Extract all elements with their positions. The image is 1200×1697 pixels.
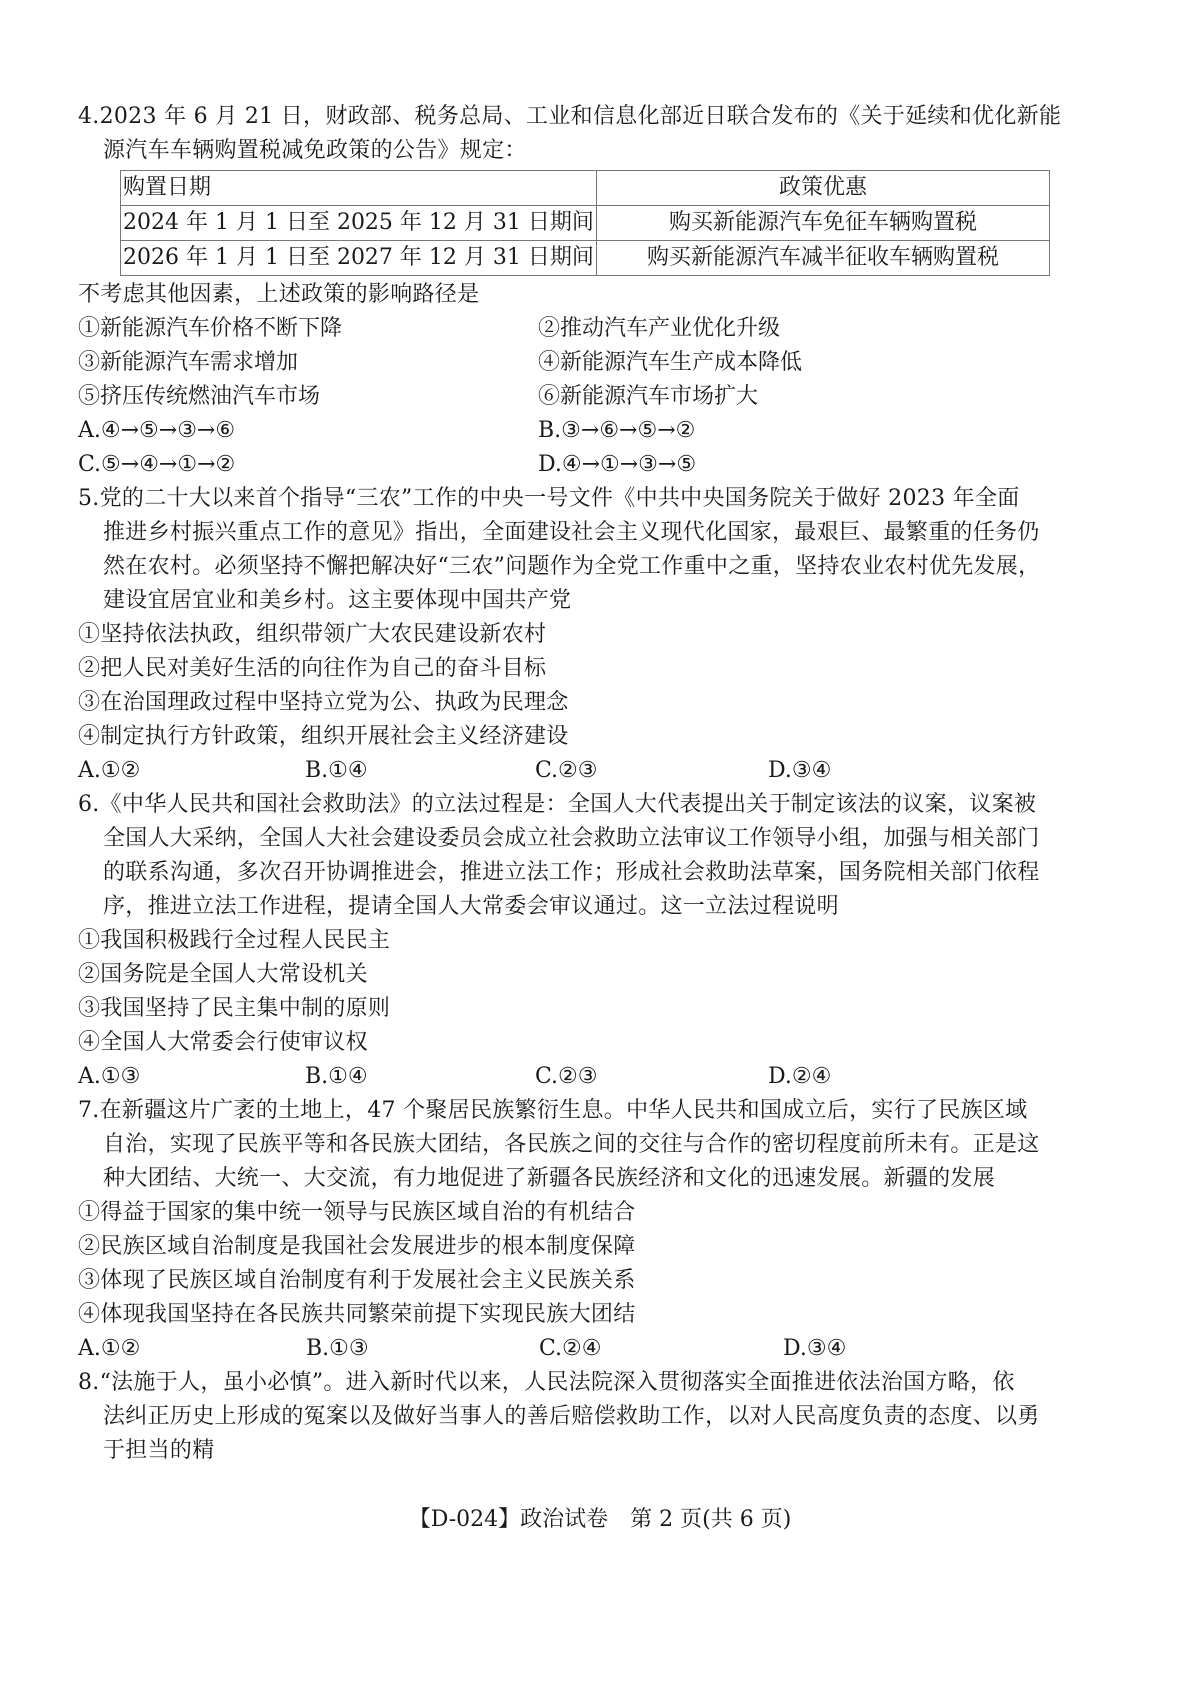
question-stem-line: 于担当的精	[78, 1434, 1148, 1468]
option-row: C.⑤→④→①→② D.④→①→③→⑤	[78, 448, 1148, 482]
statement: ③新能源汽车需求增加	[78, 346, 538, 380]
table-row: 2024 年 1 月 1 日至 2025 年 12 月 31 日期间 购买新能源…	[121, 206, 1050, 241]
option-c: C.⑤→④→①→②	[78, 448, 538, 482]
question-stem-line: 4.2023 年 6 月 21 日，财政部、税务总局、工业和信息化部近日联合发布…	[78, 100, 1148, 134]
exam-page: 4.2023 年 6 月 21 日，财政部、税务总局、工业和信息化部近日联合发布…	[78, 100, 1148, 1468]
statement: ③在治国理政过程中坚持立党为公、执政为民理念	[78, 686, 1148, 720]
statement: ②国务院是全国人大常设机关	[78, 958, 1148, 992]
option-d: D.③④	[783, 1332, 846, 1366]
statement: ④新能源汽车生产成本降低	[538, 346, 802, 380]
statement: ③我国坚持了民主集中制的原则	[78, 992, 1148, 1026]
question-stem-line: 推进乡村振兴重点工作的意见》指出，全面建设社会主义现代化国家，最艰巨、最繁重的任…	[78, 516, 1148, 550]
table-cell: 2026 年 1 月 1 日至 2027 年 12 月 31 日期间	[121, 241, 597, 276]
question-7: 7.在新疆这片广袤的土地上，47 个聚居民族繁衍生息。中华人民共和国成立后，实行…	[78, 1094, 1148, 1366]
statement: ⑤挤压传统燃油汽车市场	[78, 380, 538, 414]
option-a: A.①③	[78, 1060, 140, 1094]
question-stem-line: 建设宜居宜业和美乡村。这主要体现中国共产党	[78, 584, 1148, 618]
statement-row: ③新能源汽车需求增加 ④新能源汽车生产成本降低	[78, 346, 1148, 380]
question-stem-line: 法纠正历史上形成的冤案以及做好当事人的善后赔偿救助工作，以对人民高度负责的态度、…	[78, 1400, 1148, 1434]
table-header-cell: 政策优惠	[596, 171, 1049, 206]
question-stem-line: 然在农村。必须坚持不懈把解决好“三农”问题作为全党工作重中之重，坚持农业农村优先…	[78, 550, 1148, 584]
statement: ④体现我国坚持在各民族共同繁荣前提下实现民族大团结	[78, 1298, 1148, 1332]
page-footer: 【D-024】政治试卷 第 2 页(共 6 页)	[0, 1503, 1200, 1537]
question-stem-line: 源汽车车辆购置税减免政策的公告》规定：	[78, 134, 1148, 168]
question-stem-line: 5.党的二十大以来首个指导“三农”工作的中央一号文件《中共中央国务院关于做好 2…	[78, 482, 1148, 516]
option-row: A.④→⑤→③→⑥ B.③→⑥→⑤→②	[78, 414, 1148, 448]
statement: ②推动汽车产业优化升级	[538, 312, 780, 346]
statement: ②民族区域自治制度是我国社会发展进步的根本制度保障	[78, 1230, 1148, 1264]
statement-row: ⑤挤压传统燃油汽车市场 ⑥新能源汽车市场扩大	[78, 380, 1148, 414]
statement: ④制定执行方针政策，组织开展社会主义经济建设	[78, 720, 1148, 754]
question-4: 4.2023 年 6 月 21 日，财政部、税务总局、工业和信息化部近日联合发布…	[78, 100, 1148, 482]
option-b: B.③→⑥→⑤→②	[538, 414, 695, 448]
option-a: A.④→⑤→③→⑥	[78, 414, 538, 448]
statement: ①坚持依法执政，组织带领广大农民建设新农村	[78, 618, 1148, 652]
statement: ①新能源汽车价格不断下降	[78, 312, 538, 346]
table-header-cell: 购置日期	[121, 171, 597, 206]
statement: ⑥新能源汽车市场扩大	[538, 380, 758, 414]
option-d: D.③④	[768, 754, 831, 788]
table-header-row: 购置日期 政策优惠	[121, 171, 1050, 206]
table-cell: 2024 年 1 月 1 日至 2025 年 12 月 31 日期间	[121, 206, 597, 241]
option-d: D.④→①→③→⑤	[538, 448, 696, 482]
question-stem-line: 7.在新疆这片广袤的土地上，47 个聚居民族繁衍生息。中华人民共和国成立后，实行…	[78, 1094, 1148, 1128]
table-row: 2026 年 1 月 1 日至 2027 年 12 月 31 日期间 购买新能源…	[121, 241, 1050, 276]
question-prompt: 不考虑其他因素，上述政策的影响路径是	[78, 278, 1148, 312]
table-cell: 购买新能源汽车免征车辆购置税	[596, 206, 1049, 241]
option-c: C.②③	[535, 1060, 598, 1094]
question-stem-line: 的联系沟通，多次召开协调推进会，推进立法工作；形成社会救助法草案，国务院相关部门…	[78, 856, 1148, 890]
question-stem-line: 种大团结、大统一、大交流，有力地促进了新疆各民族经济和文化的迅速发展。新疆的发展	[78, 1162, 1148, 1196]
statement-row: ①新能源汽车价格不断下降 ②推动汽车产业优化升级	[78, 312, 1148, 346]
question-stem-line: 序，推进立法工作进程，提请全国人大常委会审议通过。这一立法过程说明	[78, 890, 1148, 924]
statement: ②把人民对美好生活的向往作为自己的奋斗目标	[78, 652, 1148, 686]
question-stem-line: 6.《中华人民共和国社会救助法》的立法过程是：全国人大代表提出关于制定该法的议案…	[78, 788, 1148, 822]
statement: ④全国人大常委会行使审议权	[78, 1026, 1148, 1060]
statement: ①得益于国家的集中统一领导与民族区域自治的有机结合	[78, 1196, 1148, 1230]
option-d: D.②④	[768, 1060, 831, 1094]
option-a: A.①②	[78, 1332, 140, 1366]
question-stem-line: 全国人大采纳，全国人大社会建设委员会成立社会救助立法审议工作领导小组，加强与相关…	[78, 822, 1148, 856]
option-row: A.①③ B.①④ C.②③ D.②④	[78, 1060, 1148, 1094]
option-b: B.①④	[305, 1060, 368, 1094]
policy-table: 购置日期 政策优惠 2024 年 1 月 1 日至 2025 年 12 月 31…	[120, 170, 1050, 276]
option-c: C.②④	[539, 1332, 602, 1366]
option-row: A.①② B.①④ C.②③ D.③④	[78, 754, 1148, 788]
option-b: B.①④	[305, 754, 368, 788]
statement: ①我国积极践行全过程人民民主	[78, 924, 1148, 958]
statement: ③体现了民族区域自治制度有利于发展社会主义民族关系	[78, 1264, 1148, 1298]
table-cell: 购买新能源汽车减半征收车辆购置税	[596, 241, 1049, 276]
question-8: 8.“法施于人，虽小必慎”。进入新时代以来，人民法院深入贯彻落实全面推进依法治国…	[78, 1366, 1148, 1468]
option-b: B.①③	[306, 1332, 369, 1366]
question-5: 5.党的二十大以来首个指导“三农”工作的中央一号文件《中共中央国务院关于做好 2…	[78, 482, 1148, 788]
option-c: C.②③	[535, 754, 598, 788]
question-stem-line: 自治，实现了民族平等和各民族大团结，各民族之间的交往与合作的密切程度前所未有。正…	[78, 1128, 1148, 1162]
question-stem-line: 8.“法施于人，虽小必慎”。进入新时代以来，人民法院深入贯彻落实全面推进依法治国…	[78, 1366, 1148, 1400]
option-a: A.①②	[78, 754, 140, 788]
question-6: 6.《中华人民共和国社会救助法》的立法过程是：全国人大代表提出关于制定该法的议案…	[78, 788, 1148, 1094]
option-row: A.①② B.①③ C.②④ D.③④	[78, 1332, 1148, 1366]
